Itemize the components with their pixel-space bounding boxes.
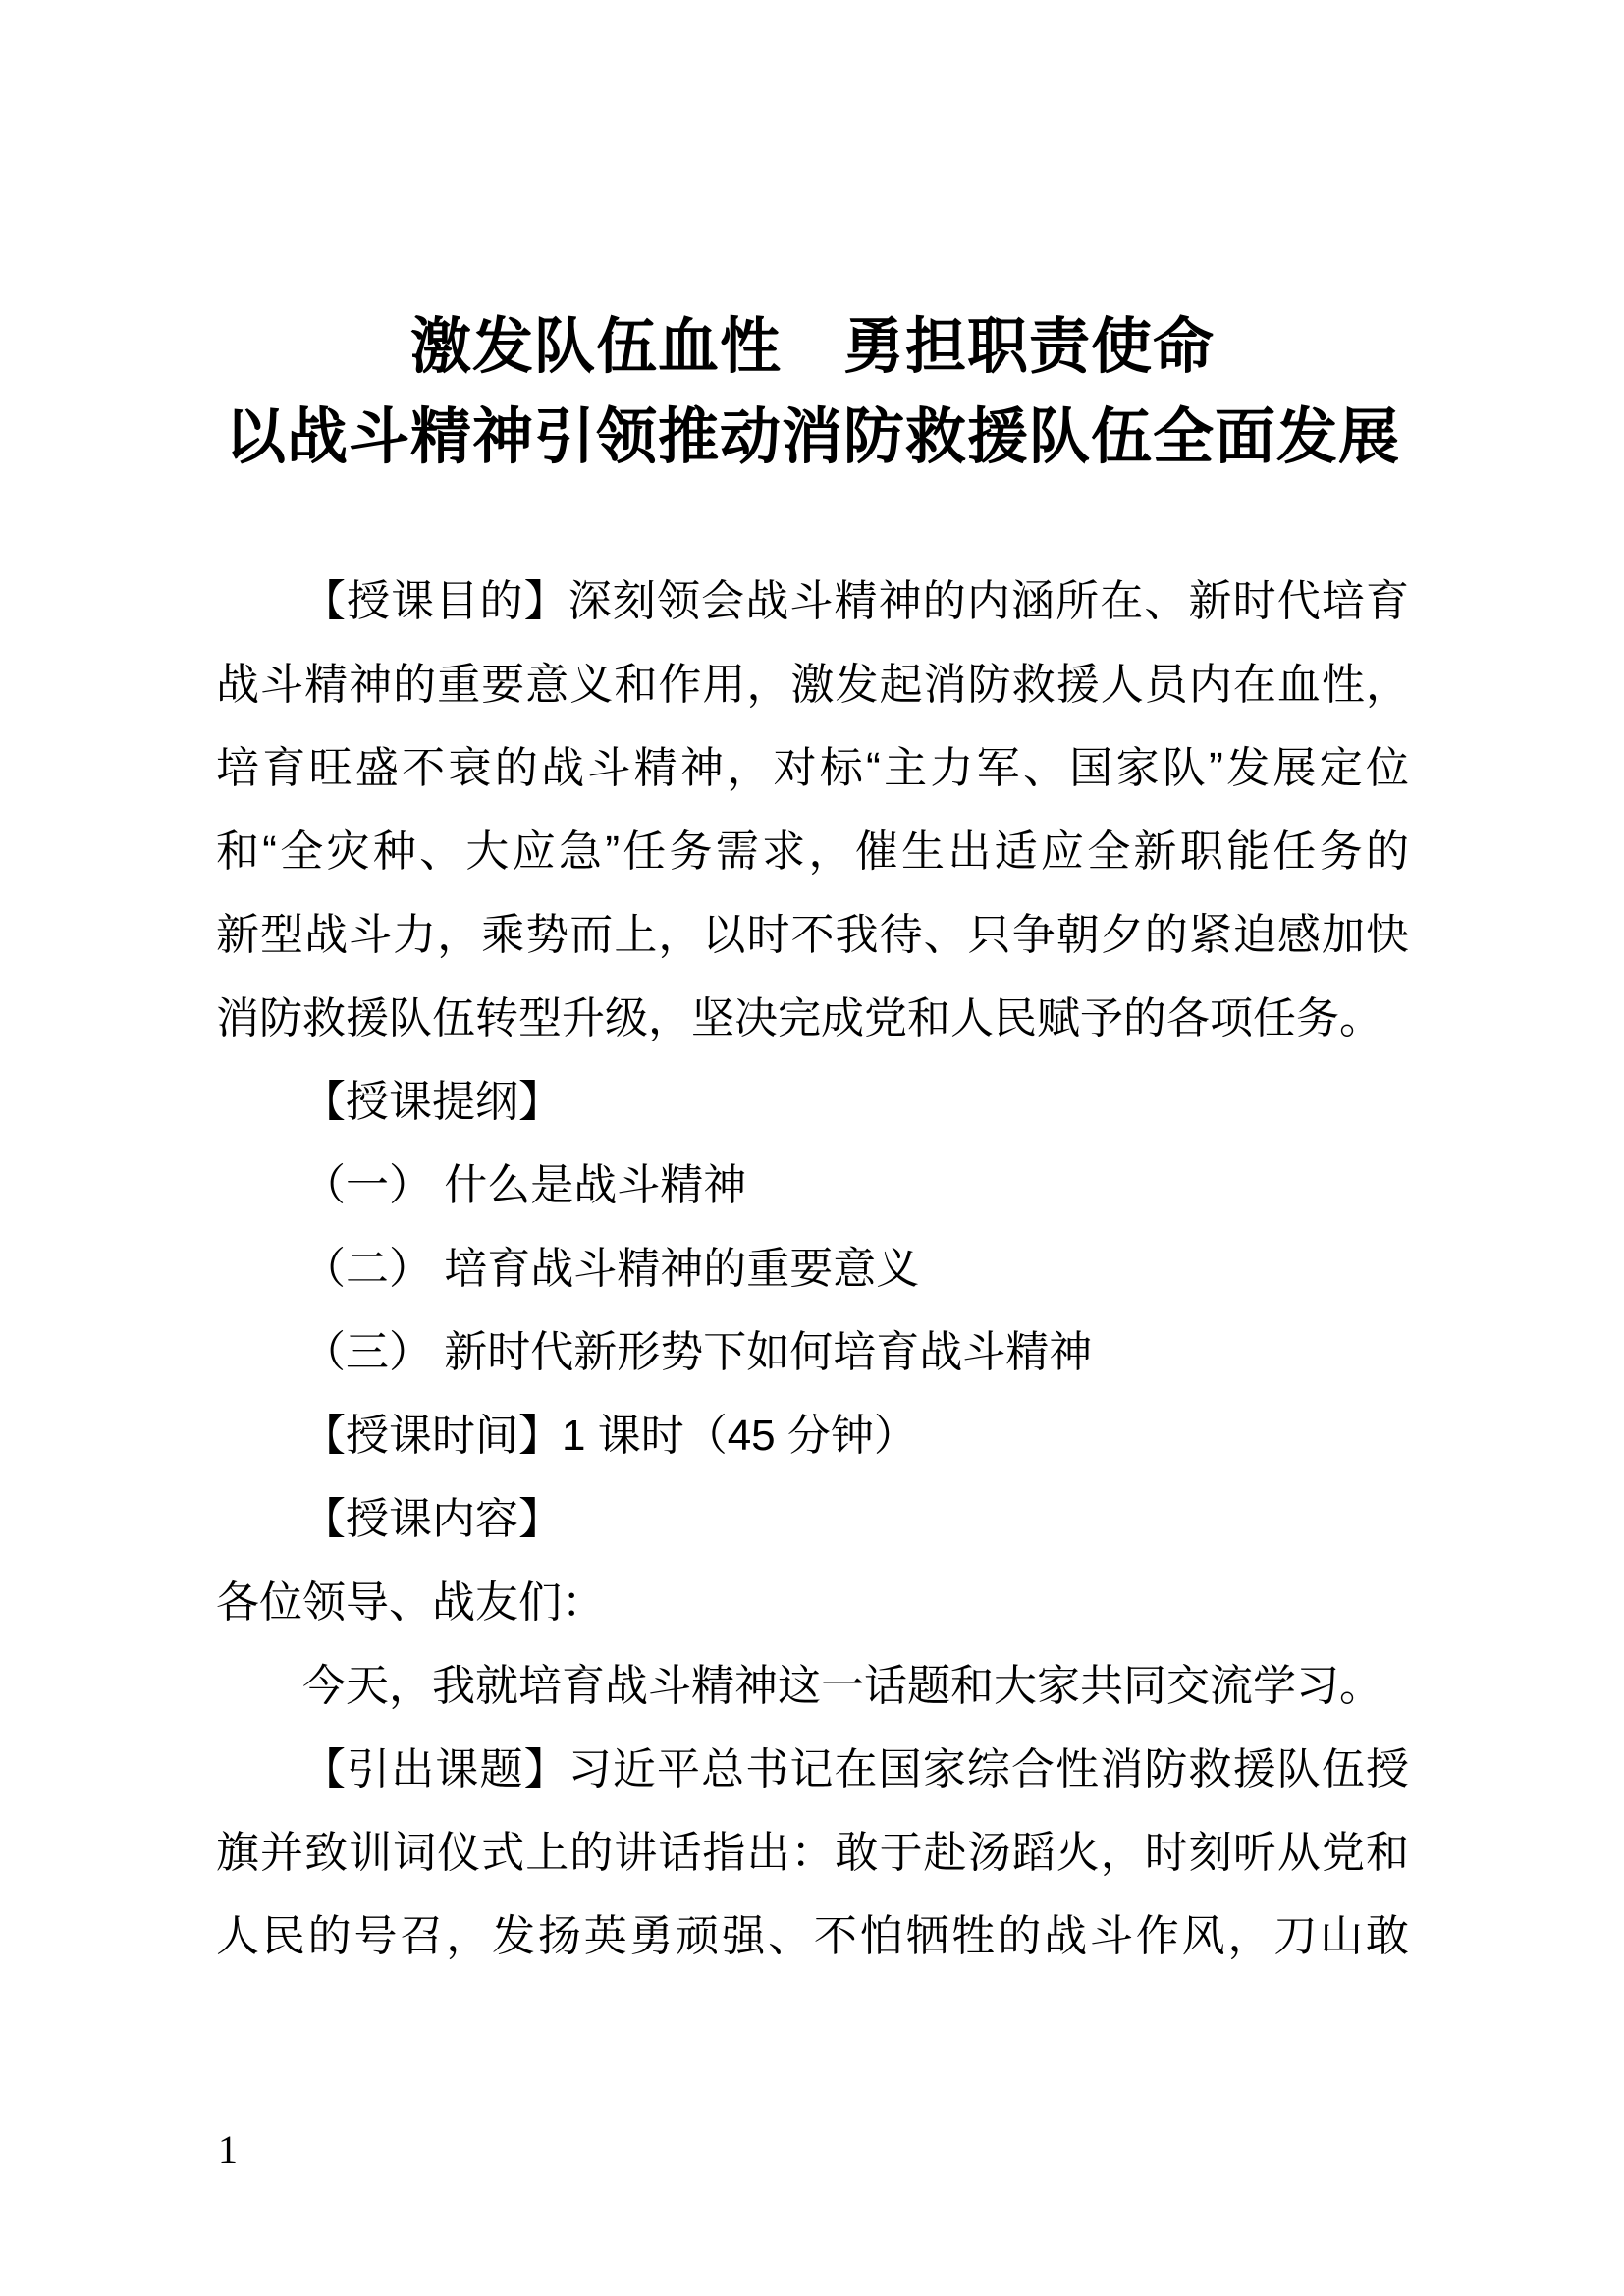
body-line: 旗并致训词仪式上的讲话指出：敢于赴汤蹈火，时刻听从党和 [216, 1811, 1409, 1895]
title-line: 激发队伍血性 勇担职责使命 [216, 302, 1409, 393]
paragraph: 【授课提纲】 [216, 1060, 1409, 1144]
paragraph: 各位领导、战友们： [216, 1561, 1409, 1644]
paragraph: 今天，我就培育战斗精神这一话题和大家共同交流学习。 [216, 1644, 1409, 1728]
paragraph: 【授课内容】 [216, 1477, 1409, 1561]
document-title: 激发队伍血性 勇担职责使命以战斗精神引领推动消防救援队伍全面发展 [216, 302, 1409, 483]
paragraph: （二） 培育战斗精神的重要意义 [216, 1227, 1409, 1310]
body-line: （二） 培育战斗精神的重要意义 [216, 1227, 1409, 1310]
paragraph: 【授课时间】1 课时（45 分钟） [216, 1394, 1409, 1477]
body-line: 【授课提纲】 [216, 1060, 1409, 1144]
body-line: 新型战斗力，乘势而上，以时不我待、只争朝夕的紧迫感加快 [216, 893, 1409, 977]
paragraph: （三） 新时代新形势下如何培育战斗精神 [216, 1310, 1409, 1394]
paragraph: （一） 什么是战斗精神 [216, 1144, 1409, 1227]
page-number: 1 [218, 2128, 238, 2171]
body-line: 培育旺盛不衰的战斗精神，对标“主力军、国家队”发展定位 [216, 726, 1409, 810]
document-body: 【授课目的】深刻领会战斗精神的内涵所在、新时代培育战斗精神的重要意义和作用，激发… [216, 560, 1409, 1978]
paragraph: 【授课目的】深刻领会战斗精神的内涵所在、新时代培育战斗精神的重要意义和作用，激发… [216, 560, 1409, 1060]
body-line: 【授课时间】1 课时（45 分钟） [216, 1394, 1409, 1477]
body-line: 【授课内容】 [216, 1477, 1409, 1561]
body-line: 各位领导、战友们： [216, 1561, 1409, 1644]
body-line: （一） 什么是战斗精神 [216, 1144, 1409, 1227]
paragraph: 【引出课题】习近平总书记在国家综合性消防救援队伍授旗并致训词仪式上的讲话指出：敢… [216, 1728, 1409, 1978]
body-line: 【授课目的】深刻领会战斗精神的内涵所在、新时代培育 [216, 560, 1409, 643]
document-page: 激发队伍血性 勇担职责使命以战斗精神引领推动消防救援队伍全面发展 【授课目的】深… [0, 0, 1624, 2296]
page-content: 激发队伍血性 勇担职责使命以战斗精神引领推动消防救援队伍全面发展 【授课目的】深… [0, 0, 1624, 1978]
body-line: 今天，我就培育战斗精神这一话题和大家共同交流学习。 [216, 1644, 1409, 1728]
body-line: 【引出课题】习近平总书记在国家综合性消防救援队伍授 [216, 1728, 1409, 1811]
body-line: 人民的号召，发扬英勇顽强、不怕牺牲的战斗作风，刀山敢 [216, 1895, 1409, 1978]
body-line: （三） 新时代新形势下如何培育战斗精神 [216, 1310, 1409, 1394]
title-line: 以战斗精神引领推动消防救援队伍全面发展 [216, 393, 1409, 483]
body-line: 战斗精神的重要意义和作用，激发起消防救援人员内在血性， [216, 643, 1409, 726]
body-line: 消防救援队伍转型升级，坚决完成党和人民赋予的各项任务。 [216, 977, 1409, 1060]
body-line: 和“全灾种、大应急”任务需求，催生出适应全新职能任务的 [216, 810, 1409, 893]
